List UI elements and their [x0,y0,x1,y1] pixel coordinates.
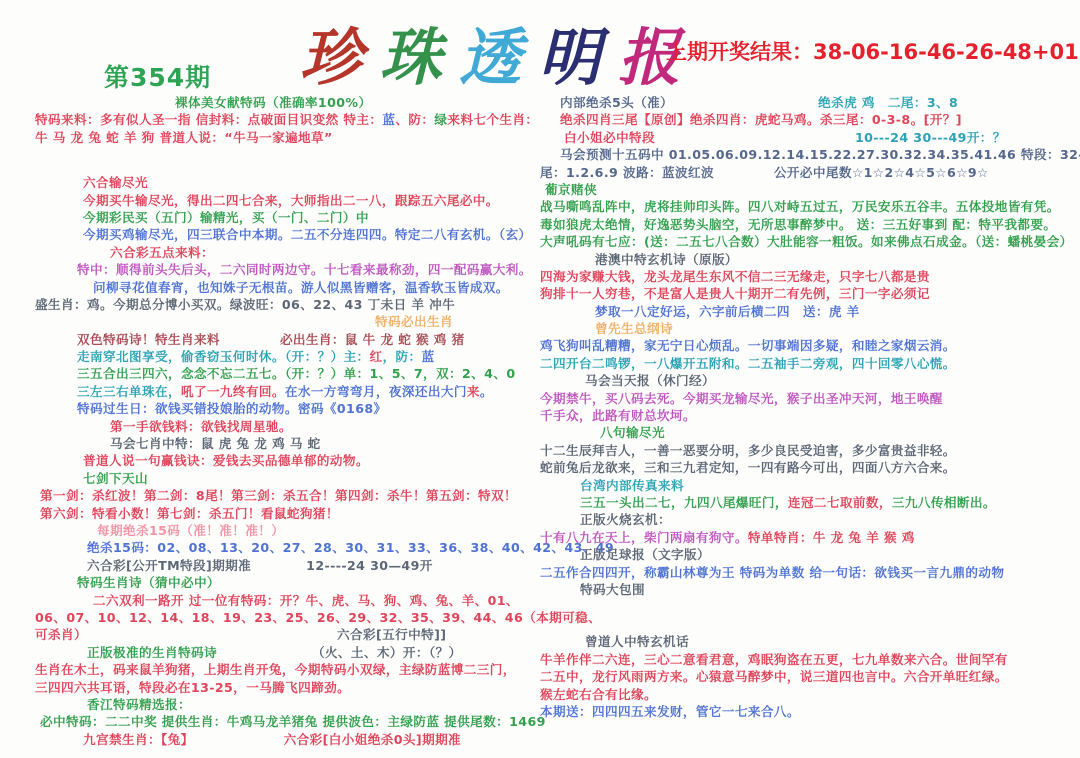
text-segment: 大声吼码有七应：(送：二五七八合数）大肚能容一粗饭。如来佛点石成金。（送：蟠桃晏… [540,233,1073,250]
text-segment: 毒如狼虎太绝情，好逸恶势头脑空，无所思事醉梦中。 送：三五好事到 配：特平我都要… [540,216,1056,233]
text-line: 香江特码精选报： [35,696,537,713]
text-line: 二六双利一路开 过一位有特码：开？牛、虎、马、狗、鸡、兔、羊、01、 [35,592,537,609]
text-line: 牛 马 龙 兔 蛇 羊 狗 普道人说：“牛马一家遍地草” [35,129,537,146]
text-segment: 十二生辰拜吉人，一善一恶要分明，多少良民受迫害，多少富贵益非轻。 [540,442,956,459]
text-segment: 绝杀四肖三尾【原创】绝杀四肖：虎蛇马鸡。杀三尾：0-3-8。[开？] [560,111,962,128]
text-segment: 特单特肖：牛 龙 兔 羊 猴 鸡 [748,529,915,546]
text-segment: 。 [480,383,493,400]
text-line: 问柳寻花值春宵，也知姝子无根苗。游人似黑皆赠客，温香软玉皆成双。 [35,279,537,296]
text-segment: 二四开台二鸣锣，一八爆开五附和。二五袖手二旁观，四十回零八心慌。 [540,355,956,372]
right-column: 内部绝杀5头（准）绝杀虎 鸡 二尾：3、8绝杀四肖三尾【原创】绝杀四肖：虎蛇马鸡… [540,94,1078,720]
text-line: 战马嘶鸣乱阵中，虎将挂帅印头阵。四八对峙五过五，万民安乐五谷丰。五体投地皆有凭。 [540,198,1078,215]
text-line: 七剑下天山 [35,470,537,487]
text-line: 三五合出三四六，念念不忘二五七。（开：？）单：1、5、7，双：2、4、0 [35,365,537,382]
text-line: 盛生肖：鸡。今期总分博小买双。绿波旺：06、22、43 丁未日 羊 冲牛 [35,296,537,313]
text-segment: 曾先生总纲诗 [595,320,673,337]
text-segment: 九四八尾爆旺门， [684,494,788,511]
text-line: 内部绝杀5头（准）绝杀虎 鸡 二尾：3、8 [540,94,1078,111]
text-line: 梦取一八定好运，六字前后横二四 送：虎 羊 [540,303,1078,320]
text-line: 今期买牛输尽光，得出二四七合来，大师指出二一八，跟踪五六尾必中。 [35,192,537,209]
text-line: 九宫禁生肖：【兔】六合彩[白小姐绝杀0头]期期准 [35,731,537,748]
title-char: 珍 [300,22,362,94]
text-segment: 八句输尽光 [600,424,665,441]
text-line: 正版足球报（文字版） [540,546,1078,563]
text-line: 曾先生总纲诗 [540,320,1078,337]
text-line: 特码过生日：欲钱买错投娘胎的动物。密码《0168》 [35,400,537,417]
text-segment: 曾道人中特玄机话 [585,633,689,650]
text-segment: 、防： [395,111,434,128]
text-segment: 蓝 [382,111,395,128]
title-char: 透 [459,22,521,94]
text-segment: 特码过生日：欲钱买错投娘胎的动物。密码《0168》 [77,400,387,417]
text-segment: 双色特码诗！特生肖来料 [77,331,220,348]
text-line: 正版火烧玄机： [540,511,1078,528]
text-segment: 本期送：四四四五来发财，管它一七来合八。 [540,703,800,720]
text-segment: 必出生肖：鼠 牛 龙 蛇 猴 鸡 猪 [280,331,465,348]
text-segment: 可杀肖） [35,626,87,643]
text-segment: 来 [467,383,480,400]
issue-number: 第354期 [104,58,211,94]
text-line: 特码生肖诗（猜中必中） [35,574,537,591]
text-line: 第六剑：特看小数！第七剑：杀五门！看鼠蛇狗猪！ [35,505,537,522]
text-line: 四海为家赚大钱，龙头龙尾生东风不信二三无缘走，只字七八都是贵 [540,268,1078,285]
text-segment: 必中特码：二二中奖 提供生肖：牛鸡马龙羊猪兔 提供波色：主绿防蓝 提供尾数：14… [40,713,546,730]
text-line: 生肖在木土，码来鼠羊狗猪，上期生肖开兔，今期特码小双绿，主绿防蓝博二三门， [35,661,537,678]
text-segment: 白小姐必中特段 [564,129,655,146]
text-line: 二五中，龙行风雨两方来。心猿意马醉梦中，说三道四也言中。六合开单旺红绿。 [540,668,1078,685]
text-line: 第一剑：杀红波！第二剑：8尾！第三剑：杀五合！第四剑：杀牛！第五剑：特双！ [35,487,537,504]
text-segment: 绿 [434,111,447,128]
text-line: 尾：1.2.6.9 波路：蓝波红波公开必中尾数☆1☆2☆4☆5☆6☆9☆ [540,164,1078,181]
text-line: 马会七肖中特：鼠 虎 兔 龙 鸡 马 蛇 [35,435,537,452]
newspaper-title: 珍珠透明报 [300,22,680,100]
text-line: 绝杀15码：02、08、13、20、27、28、30、31、33、36、38、4… [35,539,537,556]
text-segment: 生肖在木土，码来鼠羊狗猪，上期生肖开兔，今期特码小双绿，主绿防蓝博二三门， [35,661,516,678]
text-segment: 马会当天报（休门经） [585,372,715,389]
text-segment: 六合彩[公开TM特段]期期准 [87,557,251,574]
text-segment: 六合彩五点来料： [110,244,214,261]
text-line: 狗排十一人穷巷，不是富人是贵人十期开二有先例，三门一字必须记 [540,285,1078,302]
text-segment: 蓝 [422,348,435,365]
text-line: 六合彩[公开TM特段]期期准12----24 30—49开 [35,557,537,574]
text-segment: 三五一头出二七， [580,494,684,511]
text-segment: 第六剑：特看小数！第七剑：杀五门！看鼠蛇狗猪！ [40,505,339,522]
text-segment: 走南穿北图享受，偷香窃玉何时休。（开：？）主： [77,348,370,365]
text-segment: 公开必中尾数☆1☆2☆4☆5☆6☆9☆ [774,164,989,181]
text-line: 三五一头出二七，九四八尾爆旺门，连冠二七取前数，三九八传相断出。 [540,494,1078,511]
text-line: 鸡飞狗叫乱糟糟，家无宁日心烦乱。一切事端因多疑，和睦之家烟云消。 [540,337,1078,354]
text-segment: 二五作合四四开，称霸山林尊为王 特码为单数 给一句话：欲钱买一言九鼎的动物 [540,564,1004,581]
text-segment: 今期买鸡输尽光，四三联合中本期。二五不分连四四。特定二八有玄机。（玄） [83,226,531,243]
left-column: 裸体美女献特码（准确率100%）特码来料：多有似人圣一指 信封料：点破面目识变然… [35,94,537,748]
text-segment: ，防： [383,348,422,365]
text-segment: 内部绝杀5头（准） [560,94,673,111]
text-segment: 12----24 30—49开 [306,557,433,574]
text-line: 特中：顺得前头失后头，二六同时两边守。十七看来最称劲，四一配码赢大利。 [35,261,537,278]
text-segment: 牛羊作伴二六连，三心二意看君意，鸡眠狗盗在五更，七九单数来六合。世间罕有 [540,651,1008,668]
text-segment: 牛 马 龙 兔 蛇 羊 狗 普道人说：“牛马一家遍地草” [35,129,333,146]
text-segment: 今期彩民买（五门）输精光，买（一门、二门）中 [83,209,369,226]
text-segment: 06、07、10、12、14、18、19、23、25、26、29、32、35、3… [35,609,601,626]
text-segment: 尾：1.2.6.9 波路：蓝波红波 [540,164,714,181]
text-segment: 葡京赌侠 [545,181,597,198]
text-segment: 猴左蛇右合有比缘。 [540,686,657,703]
text-segment: 马会预测十五码中 01.05.06.09.12.14.15.22.27.30.3… [560,146,1080,163]
text-line: 特码来料：多有似人圣一指 信封料：点破面目识变然 特主：蓝、防：绿 来料七个生肖… [35,111,537,128]
text-line: 六合彩五点来料： [35,244,537,261]
text-line: 二五作合四四开，称霸山林尊为王 特码为单数 给一句话：欲钱买一言九鼎的动物 [540,564,1078,581]
text-segment: 吼了一九终有回。 [181,383,285,400]
text-line: 每期绝杀15码（准！准！准！） [35,522,537,539]
text-line: 三左三右单珠在，吼了一九终有回。在水一方弯弯月，夜深还出大门来。 [35,383,537,400]
text-segment: 蛇前兔后龙欲来，三和三九君定知，一四有路今可出，四面八方六合来。 [540,459,956,476]
text-segment: 普道人说一句赢钱诀：爱钱去买品德单郁的动物。 [83,452,369,469]
text-line: 特码必出生肖 [35,313,537,330]
text-segment: 战马嘶鸣乱阵中，虎将挂帅印头阵。四八对峙五过五，万民安乐五谷丰。五体投地皆有凭。 [540,198,1060,215]
text-line: 牛羊作伴二六连，三心二意看君意，鸡眠狗盗在五更，七九单数来六合。世间罕有 [540,651,1078,668]
text-segment: 二六双利一路开 过一位有特码：开？牛、虎、马、狗、鸡、兔、羊、01、 [93,592,519,609]
text-line: 第一手欲钱料：欲钱找周星驰。 [35,418,537,435]
text-segment: 千手众，此路有财总坎坷。 [540,407,696,424]
newspaper-page: 第354期 珍珠透明报 上期开奖结果：38-06-16-46-26-48+01 … [0,0,1080,758]
text-line: 特码大包围 [540,581,1078,598]
text-segment: 梦取一八定好运，六字前后横二四 送：虎 羊 [595,303,860,320]
text-segment: 问柳寻花值春宵，也知姝子无根苗。游人似黑皆赠客，温香软玉皆成双。 [93,279,509,296]
text-segment: 香江特码精选报： [87,696,191,713]
text-segment: 台湾内部传真来料 [580,477,684,494]
text-segment: 特码来料：多有似人圣一指 信封料：点破面目识变然 特主： [35,111,382,128]
text-segment: 正版火烧玄机： [580,511,671,528]
text-line: 可杀肖）六合彩[五行中特]] [35,626,537,643]
text-line: 台湾内部传真来料 [540,477,1078,494]
text-segment: 第一剑：杀红波！第二剑：8尾！第三剑：杀五合！第四剑：杀牛！第五剑：特双！ [40,487,517,504]
text-line: 蛇前兔后龙欲来，三和三九君定知，一四有路今可出，四面八方六合来。 [540,459,1078,476]
text-line: 裸体美女献特码（准确率100%） [35,94,537,111]
text-segment: 三左三右单珠在， [77,383,181,400]
text-segment: 特码必出生肖 [375,313,453,330]
title-char: 明 [538,22,600,94]
text-line: 曾道人中特玄机话 [540,633,1078,650]
text-line: 二四开台二鸣锣，一八爆开五附和。二五袖手二旁观，四十回零八心慌。 [540,355,1078,372]
text-line: 大声吼码有七应：(送：二五七八合数）大肚能容一粗饭。如来佛点石成金。（送：蟠桃晏… [540,233,1078,250]
text-segment: 特码生肖诗（猜中必中） [77,574,220,591]
text-line: 猴左蛇右合有比缘。 [540,686,1078,703]
text-line: 绝杀四肖三尾【原创】绝杀四肖：虎蛇马鸡。杀三尾：0-3-8。[开？] [540,111,1078,128]
text-segment: 正版极准的生肖特码诗 [87,644,217,661]
text-segment: 盛生肖：鸡。今期总分博小买双。绿波旺：06、22、43 丁未日 羊 冲牛 [35,296,455,313]
text-line: 白小姐必中特段10---24 30---49开：？ [540,129,1078,146]
text-line: 十有八九在天上，柴门两扇有狗守。特单特肖：牛 龙 兔 羊 猴 鸡 [540,529,1078,546]
text-segment: 红 [370,348,383,365]
text-line: 八句输尽光 [540,424,1078,441]
text-segment: 裸体美女献特码（准确率100%） [175,94,371,111]
text-segment: 今期禁牛，买八码去死。今期买龙输尽光，猴子出圣冲天河，地王唤醒 [540,390,943,407]
text-line: 马会当天报（休门经） [540,372,1078,389]
text-segment: 每期绝杀15码（准！准！准！） [97,522,284,539]
last-draw-result: 上期开奖结果：38-06-16-46-26-48+01 [666,36,1079,66]
text-segment: 三五合出三四六，念念不忘二五七。（开：？）单：1、5、7，双：2、4、0 [77,365,516,382]
text-segment: 特中：顺得前头失后头，二六同时两边守。十七看来最称劲，四一配码赢大利。 [77,261,532,278]
text-segment: 三九八传相断出。 [892,494,996,511]
text-segment: 六合彩[五行中特]] [337,626,446,643]
text-line: 今期彩民买（五门）输精光，买（一门、二门）中 [35,209,537,226]
text-segment: 特码大包围 [580,581,645,598]
text-line: 本期送：四四四五来发财，管它一七来合八。 [540,703,1078,720]
text-segment: 二五中，龙行风雨两方来。心猿意马醉梦中，说三道四也言中。六合开单旺红绿。 [540,668,1008,685]
text-segment: 绝杀虎 鸡 二尾：3、8 [818,94,958,111]
text-line: 走南穿北图享受，偷香窃玉何时休。（开：？）主：红，防：蓝 [35,348,537,365]
text-line: 06、07、10、12、14、18、19、23、25、26、29、32、35、3… [35,609,537,626]
text-segment: 狗排十一人穷巷，不是富人是贵人十期开二有先例，三门一字必须记 [540,285,930,302]
text-line: 葡京赌侠 [540,181,1078,198]
text-line: 必中特码：二二中奖 提供生肖：牛鸡马龙羊猪兔 提供波色：主绿防蓝 提供尾数：14… [35,713,537,730]
text-segment: 马会七肖中特：鼠 虎 兔 龙 鸡 马 蛇 [110,435,321,452]
text-segment: 10---24 30---49开：？ [855,129,1006,146]
text-segment: 正版足球报（文字版） [580,546,710,563]
text-segment: 三四四六共耳语，特段必在13-25，一马腾飞四蹄劲。 [35,679,350,696]
title-char: 珠 [379,22,441,94]
text-segment: 在水一方弯弯月，夜深还出大门 [285,383,467,400]
text-line: 今期买鸡输尽光，四三联合中本期。二五不分连四四。特定二八有玄机。（玄） [35,226,537,243]
text-line: 三四四六共耳语，特段必在13-25，一马腾飞四蹄劲。 [35,679,537,696]
text-segment: 十有八九在天上，柴门两扇有狗守。 [540,529,748,546]
text-line: 六合输尽光 [35,174,537,191]
text-segment: 连冠二七取前数， [788,494,892,511]
text-segment: 六合输尽光 [83,174,148,191]
text-segment: 绝杀15码：02、08、13、20、27、28、30、31、33、36、38、4… [87,539,614,556]
text-segment: 四海为家赚大钱，龙头龙尾生东风不信二三无缘走，只字七八都是贵 [540,268,930,285]
text-line: 正版极准的生肖特码诗（火、土、木）开：（？） [35,644,537,661]
text-line: 今期禁牛，买八码去死。今期买龙输尽光，猴子出圣冲天河，地王唤醒 [540,390,1078,407]
text-line: 马会预测十五码中 01.05.06.09.12.14.15.22.27.30.3… [540,146,1078,163]
text-line: 双色特码诗！特生肖来料必出生肖：鼠 牛 龙 蛇 猴 鸡 猪 [35,331,537,348]
text-line: 千手众，此路有财总坎坷。 [540,407,1078,424]
text-segment: 九宫禁生肖：【兔】 [83,731,194,748]
text-segment: 港澳中特玄机诗（原版） [595,251,738,268]
text-segment: 七剑下天山 [83,470,148,487]
text-segment: 第一手欲钱料：欲钱找周星驰。 [110,418,292,435]
text-segment: 今期买牛输尽光，得出二四七合来，大师指出二一八，跟踪五六尾必中。 [83,192,499,209]
text-segment: 来料七个生肖： [447,111,538,128]
text-segment: 六合彩[白小姐绝杀0头]期期准 [284,731,461,748]
text-line: 港澳中特玄机诗（原版） [540,251,1078,268]
text-line: 毒如狼虎太绝情，好逸恶势头脑空，无所思事醉梦中。 送：三五好事到 配：特平我都要… [540,216,1078,233]
text-line: 十二生辰拜吉人，一善一恶要分明，多少良民受迫害，多少富贵益非轻。 [540,442,1078,459]
text-segment: （火、土、木）开：（？） [312,644,462,661]
text-line: 普道人说一句赢钱诀：爱钱去买品德单郁的动物。 [35,452,537,469]
text-segment: 鸡飞狗叫乱糟糟，家无宁日心烦乱。一切事端因多疑，和睦之家烟云消。 [540,337,956,354]
